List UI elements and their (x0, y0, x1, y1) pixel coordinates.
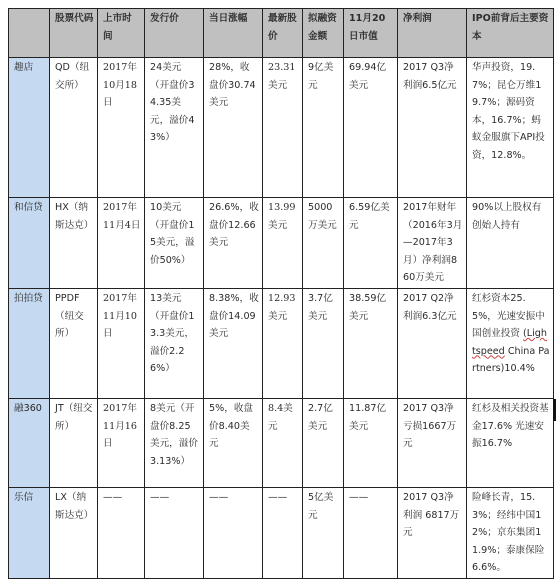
net-profit: 2017 Q2净利润6.3亿元 (398, 289, 467, 399)
company-name: 融360 (9, 399, 50, 488)
backers: 红杉及相关投资基金17.6% 光速安振16.7% (467, 399, 554, 488)
header-row: 股票代码 上市时间 发行价 当日涨幅 最新股价 拟融资金额 11月20日市值 净… (9, 9, 554, 58)
market-cap: 6.59亿美元 (344, 198, 398, 289)
listing-date: 2017年11月16日 (98, 399, 145, 488)
table-row: 趣店 QD（纽交所） 2017年10月18日 24美元（开盘价34.35美元，溢… (9, 58, 554, 198)
header-issue-price: 发行价 (145, 9, 204, 58)
issue-price: 24美元（开盘价34.35美元，溢价43%） (145, 58, 204, 198)
market-cap: 11.87亿美元 (344, 399, 398, 488)
listing-date: 2017年11月10日 (98, 289, 145, 399)
table-row: 融360 JT（纽交所） 2017年11月16日 8美元（开盘价8.25美元，溢… (9, 399, 554, 488)
financing: 5000万美元 (303, 198, 344, 289)
stock-code: PPDF（纽交所） (50, 289, 98, 399)
stock-code: HX（纳斯达克） (50, 198, 98, 289)
market-cap: —— (344, 488, 398, 579)
stock-code: JT（纽交所） (50, 399, 98, 488)
backers: 红杉资本25.5%，光速安振中国创业投资 (Lightspeed China P… (467, 289, 554, 399)
company-name: 乐信 (9, 488, 50, 579)
header-latest-price: 最新股价 (263, 9, 303, 58)
latest-price: 13.99美元 (263, 198, 303, 289)
issue-price: —— (145, 488, 204, 579)
listing-date: —— (98, 488, 145, 579)
header-net-profit: 净利润 (398, 9, 467, 58)
market-cap: 69.94亿美元 (344, 58, 398, 198)
financing: 3.7亿美元 (303, 289, 344, 399)
ipo-comparison-table: 股票代码 上市时间 发行价 当日涨幅 最新股价 拟融资金额 11月20日市值 净… (8, 8, 554, 579)
day-change: 5%，收盘价8.40美元 (204, 399, 263, 488)
header-blank (9, 9, 50, 58)
text-cursor-mark (553, 399, 556, 421)
stock-code: QD（纽交所） (50, 58, 98, 198)
header-day-change: 当日涨幅 (204, 9, 263, 58)
net-profit: 2017 Q3净利润6.5亿元 (398, 58, 467, 198)
backers: 险峰长青，15.3%；经纬中国12%；京东集团11.9%；泰康保险6.6%。 (467, 488, 554, 579)
company-name: 和信贷 (9, 198, 50, 289)
latest-price: 12.93美元 (263, 289, 303, 399)
header-financing: 拟融资金额 (303, 9, 344, 58)
issue-price: 8美元（开盘价8.25美元，溢价3.13%） (145, 399, 204, 488)
net-profit: 2017年财年（2016年3月—2017年3月）净利润860万美元 (398, 198, 467, 289)
header-market-cap: 11月20日市值 (344, 9, 398, 58)
header-backers: IPO前背后主要资本 (467, 9, 554, 58)
financing: 9亿美元 (303, 58, 344, 198)
listing-date: 2017年11月4日 (98, 198, 145, 289)
latest-price: —— (263, 488, 303, 579)
table-row: 拍拍贷 PPDF（纽交所） 2017年11月10日 13美元（开盘价13.3美元… (9, 289, 554, 399)
financing: 2.7亿美元 (303, 399, 344, 488)
issue-price: 10美元（开盘价15美元，溢价50%） (145, 198, 204, 289)
day-change: 28%，收盘价30.74美元 (204, 58, 263, 198)
backers: 华声投资，19.7%；昆仑万维19.7%；源码资本，16.7%；蚂蚁金服旗下AP… (467, 58, 554, 198)
company-name: 趣店 (9, 58, 50, 198)
latest-price: 8.4美元 (263, 399, 303, 488)
net-profit: 2017 Q3净亏损1667万元 (398, 399, 467, 488)
day-change: 26.6%，收盘价12.66美元 (204, 198, 263, 289)
issue-price: 13美元（开盘价13.3美元，溢价2.26%） (145, 289, 204, 399)
net-profit: 2017 Q3净利润 6817万元 (398, 488, 467, 579)
table-row: 乐信 LX（纳斯达克） —— —— —— —— 5亿美元 —— 2017 Q3净… (9, 488, 554, 579)
listing-date: 2017年10月18日 (98, 58, 145, 198)
market-cap: 38.59亿美元 (344, 289, 398, 399)
company-name: 拍拍贷 (9, 289, 50, 399)
header-listing-date: 上市时间 (98, 9, 145, 58)
stock-code: LX（纳斯达克） (50, 488, 98, 579)
header-stock-code: 股票代码 (50, 9, 98, 58)
backers: 90%以上股权有创始人持有 (467, 198, 554, 289)
day-change: 8.38%，收盘价14.09美元 (204, 289, 263, 399)
table-row: 和信贷 HX（纳斯达克） 2017年11月4日 10美元（开盘价15美元，溢价5… (9, 198, 554, 289)
latest-price: 23.31美元 (263, 58, 303, 198)
day-change: —— (204, 488, 263, 579)
financing: 5亿美元 (303, 488, 344, 579)
